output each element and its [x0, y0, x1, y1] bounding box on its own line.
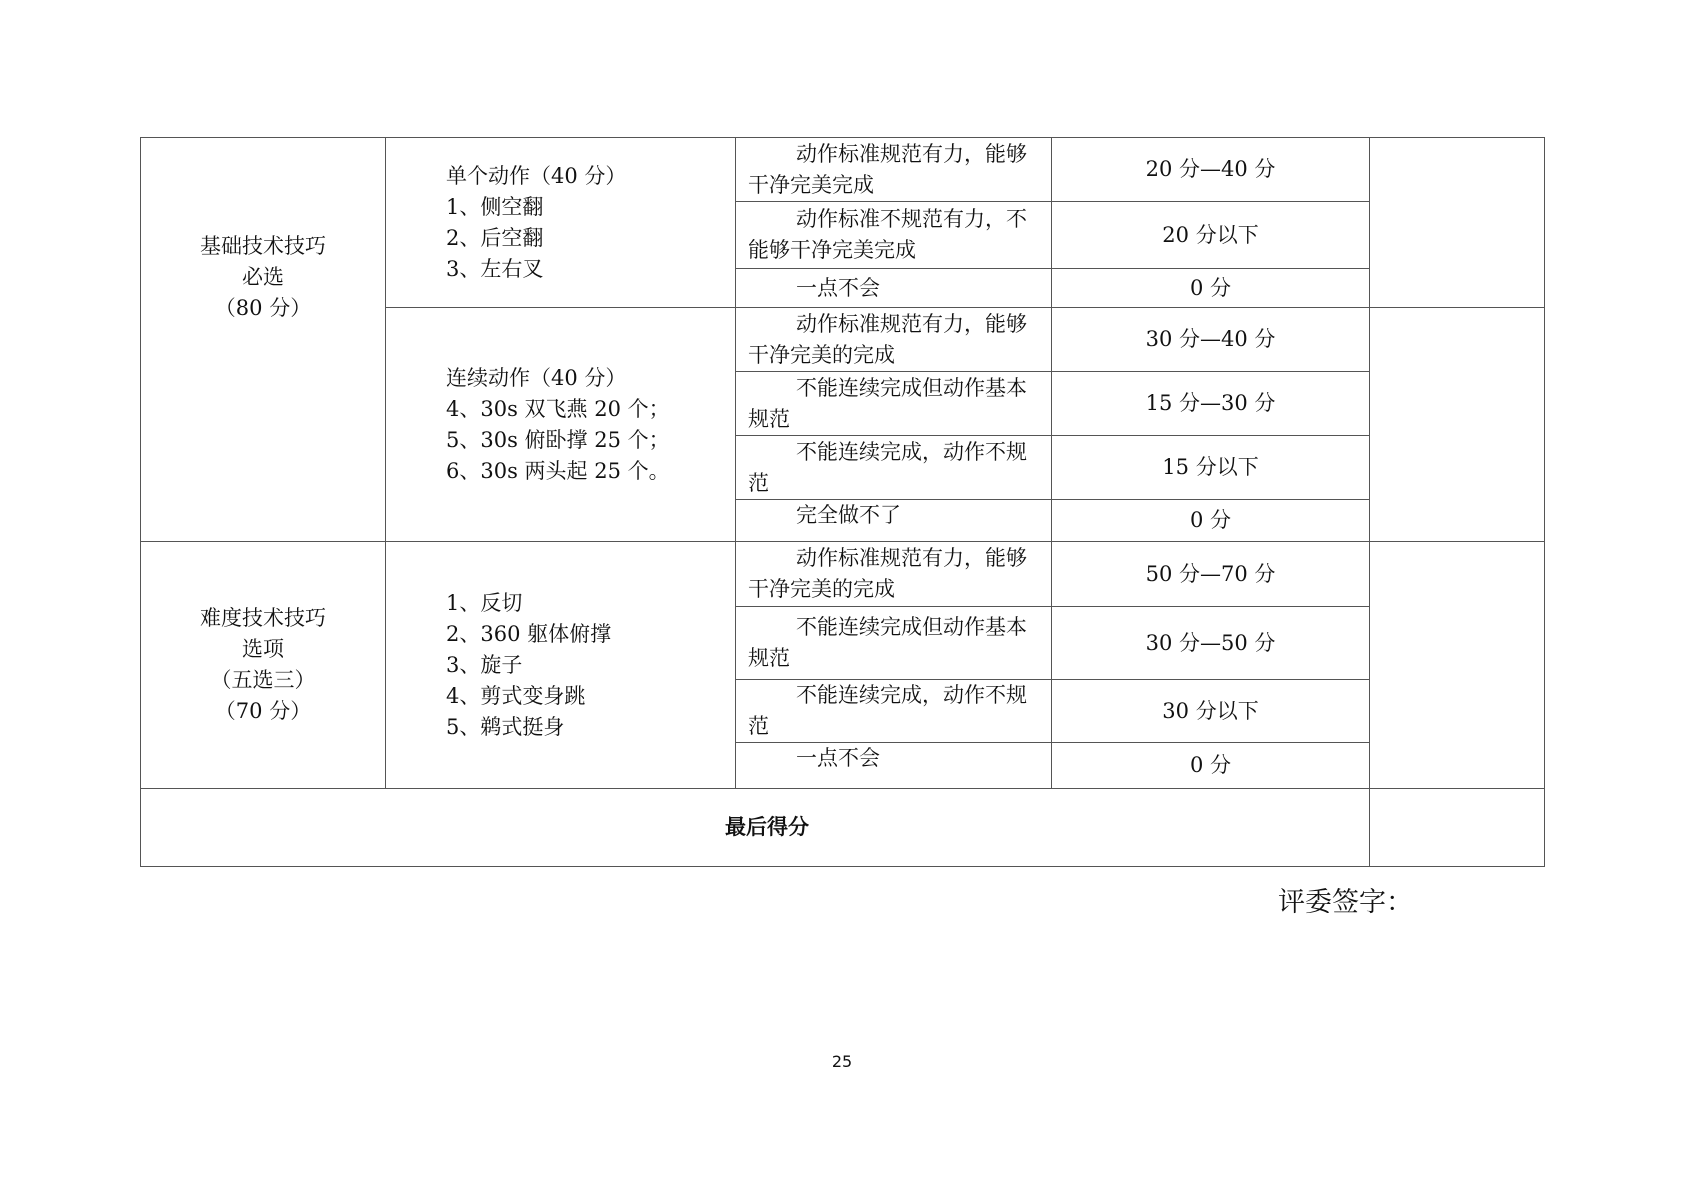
final-score-row: 最后得分: [141, 789, 1545, 867]
category-title: 基础技术技巧: [141, 231, 385, 262]
criterion-desc: 动作标准规范有力，能够干净完美的完成: [736, 308, 1052, 372]
group-title: 连续动作（40 分）: [446, 363, 735, 394]
page-number: 25: [0, 1052, 1684, 1071]
criterion-desc: 不能连续完成，动作不规范: [736, 680, 1052, 743]
score-input-cell[interactable]: [1370, 542, 1545, 789]
score-range: 50 分—70 分: [1052, 542, 1370, 607]
items-cell-continuous: 连续动作（40 分） 4、30s 双飞燕 20 个； 5、30s 俯卧撑 25 …: [386, 308, 736, 542]
item: 4、30s 双飞燕 20 个；: [446, 394, 735, 425]
group-title: 单个动作（40 分）: [446, 161, 735, 192]
score-range: 30 分—40 分: [1052, 308, 1370, 372]
table-row: 难度技术技巧 选项 （五选三） （70 分） 1、反切 2、360 躯体俯撑 3…: [141, 542, 1545, 607]
criterion-desc: 一点不会: [736, 269, 1052, 308]
category-choice: （五选三）: [141, 665, 385, 696]
category-title: 难度技术技巧: [141, 603, 385, 634]
scoring-table: 基础技术技巧 必选 （80 分） 单个动作（40 分） 1、侧空翻 2、后空翻 …: [140, 137, 1545, 867]
category-points: （80 分）: [141, 293, 385, 324]
score-range: 15 分—30 分: [1052, 372, 1370, 436]
category-type: 选项: [141, 634, 385, 665]
criterion-desc: 一点不会: [736, 743, 1052, 789]
item: 2、360 躯体俯撑: [446, 619, 735, 650]
criterion-desc: 不能连续完成但动作基本规范: [736, 607, 1052, 680]
category-cell-difficulty: 难度技术技巧 选项 （五选三） （70 分）: [141, 542, 386, 789]
score-input-cell[interactable]: [1370, 138, 1545, 308]
item: 1、侧空翻: [446, 192, 735, 223]
item: 1、反切: [446, 588, 735, 619]
score-range: 0 分: [1052, 500, 1370, 542]
category-cell-basic: 基础技术技巧 必选 （80 分）: [141, 138, 386, 542]
criterion-desc: 不能连续完成但动作基本规范: [736, 372, 1052, 436]
score-range: 20 分—40 分: [1052, 138, 1370, 202]
item: 3、左右叉: [446, 254, 735, 285]
criterion-desc: 动作标准规范有力，能够干净完美的完成: [736, 542, 1052, 607]
item: 5、30s 俯卧撑 25 个；: [446, 425, 735, 456]
criterion-desc: 不能连续完成，动作不规范: [736, 436, 1052, 500]
table-row: 基础技术技巧 必选 （80 分） 单个动作（40 分） 1、侧空翻 2、后空翻 …: [141, 138, 1545, 202]
judge-signature-label: 评委签字：: [1278, 880, 1413, 919]
score-range: 0 分: [1052, 743, 1370, 789]
score-range: 0 分: [1052, 269, 1370, 308]
item: 6、30s 两头起 25 个。: [446, 456, 735, 487]
criterion-desc: 完全做不了: [736, 500, 1052, 542]
score-input-cell[interactable]: [1370, 308, 1545, 542]
score-range: 30 分—50 分: [1052, 607, 1370, 680]
items-cell-difficulty: 1、反切 2、360 躯体俯撑 3、旋子 4、剪式变身跳 5、鹈式挺身: [386, 542, 736, 789]
final-score-label: 最后得分: [141, 789, 1370, 867]
category-points: （70 分）: [141, 696, 385, 727]
item: 2、后空翻: [446, 223, 735, 254]
item: 5、鹈式挺身: [446, 712, 735, 743]
final-score-input[interactable]: [1370, 789, 1545, 867]
items-cell-single: 单个动作（40 分） 1、侧空翻 2、后空翻 3、左右叉: [386, 138, 736, 308]
item: 4、剪式变身跳: [446, 681, 735, 712]
score-range: 15 分以下: [1052, 436, 1370, 500]
item: 3、旋子: [446, 650, 735, 681]
score-range: 20 分以下: [1052, 202, 1370, 269]
criterion-desc: 动作标准规范有力，能够干净完美完成: [736, 138, 1052, 202]
score-range: 30 分以下: [1052, 680, 1370, 743]
criterion-desc: 动作标准不规范有力，不能够干净完美完成: [736, 202, 1052, 269]
category-type: 必选: [141, 262, 385, 293]
